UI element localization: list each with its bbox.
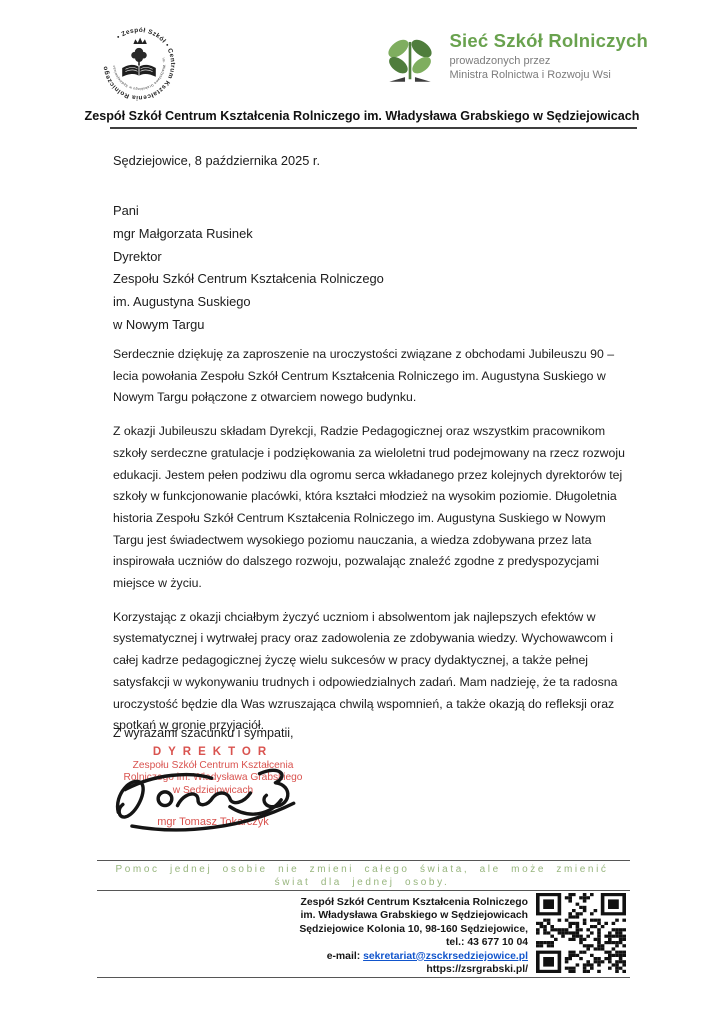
header: • Zespół Szkół • Centrum Kształcenia Rol…: [98, 24, 648, 104]
letter-page: • Zespół Szkół • Centrum Kształcenia Rol…: [0, 0, 724, 1024]
school-emblem-icon: • Zespół Szkół • Centrum Kształcenia Rol…: [98, 24, 180, 104]
closing-line: Z wyrazami szacunku i sympatii,: [113, 726, 294, 740]
letter-body: Serdecznie dziękuję za zaproszenie na ur…: [113, 344, 631, 749]
network-logo-title: Sieć Szkół Rolniczych: [449, 30, 648, 52]
network-logo-text: Sieć Szkół Rolniczych prowadzonych przez…: [449, 30, 648, 82]
contact-line: Zespół Szkół Centrum Kształcenia Rolnicz…: [200, 896, 528, 909]
recipient-line: mgr Małgorzata Rusinek: [113, 223, 384, 246]
contact-line: im. Władysława Grabskiego w Sędziejowica…: [200, 909, 528, 922]
recipient-line: Pani: [113, 200, 384, 223]
agri-network-leaf-icon: [381, 30, 439, 92]
recipient-line: w Nowym Targu: [113, 314, 384, 337]
network-logo-subtitle-1: prowadzonych przez: [449, 55, 648, 69]
signature-scribble: [102, 760, 302, 842]
website-line: https://zsrgrabski.pl/: [200, 963, 528, 976]
network-logo-subtitle: prowadzonych przez Ministra Rolnictwa i …: [449, 55, 648, 82]
qr-code: [536, 893, 626, 973]
dateline: Sędziejowice, 8 października 2025 r.: [113, 153, 320, 168]
contact-email-line: e-mail: sekretariat@zsckrsedziejowice.pl: [200, 950, 528, 963]
network-logo-subtitle-2: Ministra Rolnictwa i Rozwoju Wsi: [449, 69, 648, 83]
paragraph: Z okazji Jubileuszu składam Dyrekcji, Ra…: [113, 421, 631, 595]
footer-divider-bottom: [97, 977, 630, 978]
contact-line: tel.: 43 677 10 04: [200, 936, 528, 949]
paragraph: Serdecznie dziękuję za zaproszenie na ur…: [113, 344, 631, 409]
header-divider: [110, 127, 637, 129]
network-logo: Sieć Szkół Rolniczych prowadzonych przez…: [381, 30, 648, 92]
school-title: Zespół Szkół Centrum Kształcenia Rolnicz…: [40, 109, 684, 123]
footer-divider-middle: [97, 890, 630, 891]
paragraph: Korzystając z okazji chciałbym życzyć uc…: [113, 607, 631, 737]
email-link[interactable]: sekretariat@zsckrsedziejowice.pl: [363, 951, 528, 962]
recipient-line: im. Augustyna Suskiego: [113, 291, 384, 314]
contact-line: Sędziejowice Kolonia 10, 98-160 Sędziejo…: [200, 923, 528, 936]
recipient-line: Dyrektor: [113, 246, 384, 269]
recipient-block: Pani mgr Małgorzata Rusinek Dyrektor Zes…: [113, 200, 384, 337]
contact-block: Zespół Szkół Centrum Kształcenia Rolnicz…: [200, 896, 528, 976]
emblem-center-art: [122, 38, 156, 77]
email-label: e-mail:: [327, 951, 363, 962]
recipient-line: Zespołu Szkół Centrum Kształcenia Rolnic…: [113, 268, 384, 291]
footer-quote: Pomoc jednej osobie nie zmieni całego św…: [100, 864, 624, 889]
footer-divider-top: [97, 860, 630, 861]
stamp-role: DYREKTOR: [113, 746, 313, 758]
